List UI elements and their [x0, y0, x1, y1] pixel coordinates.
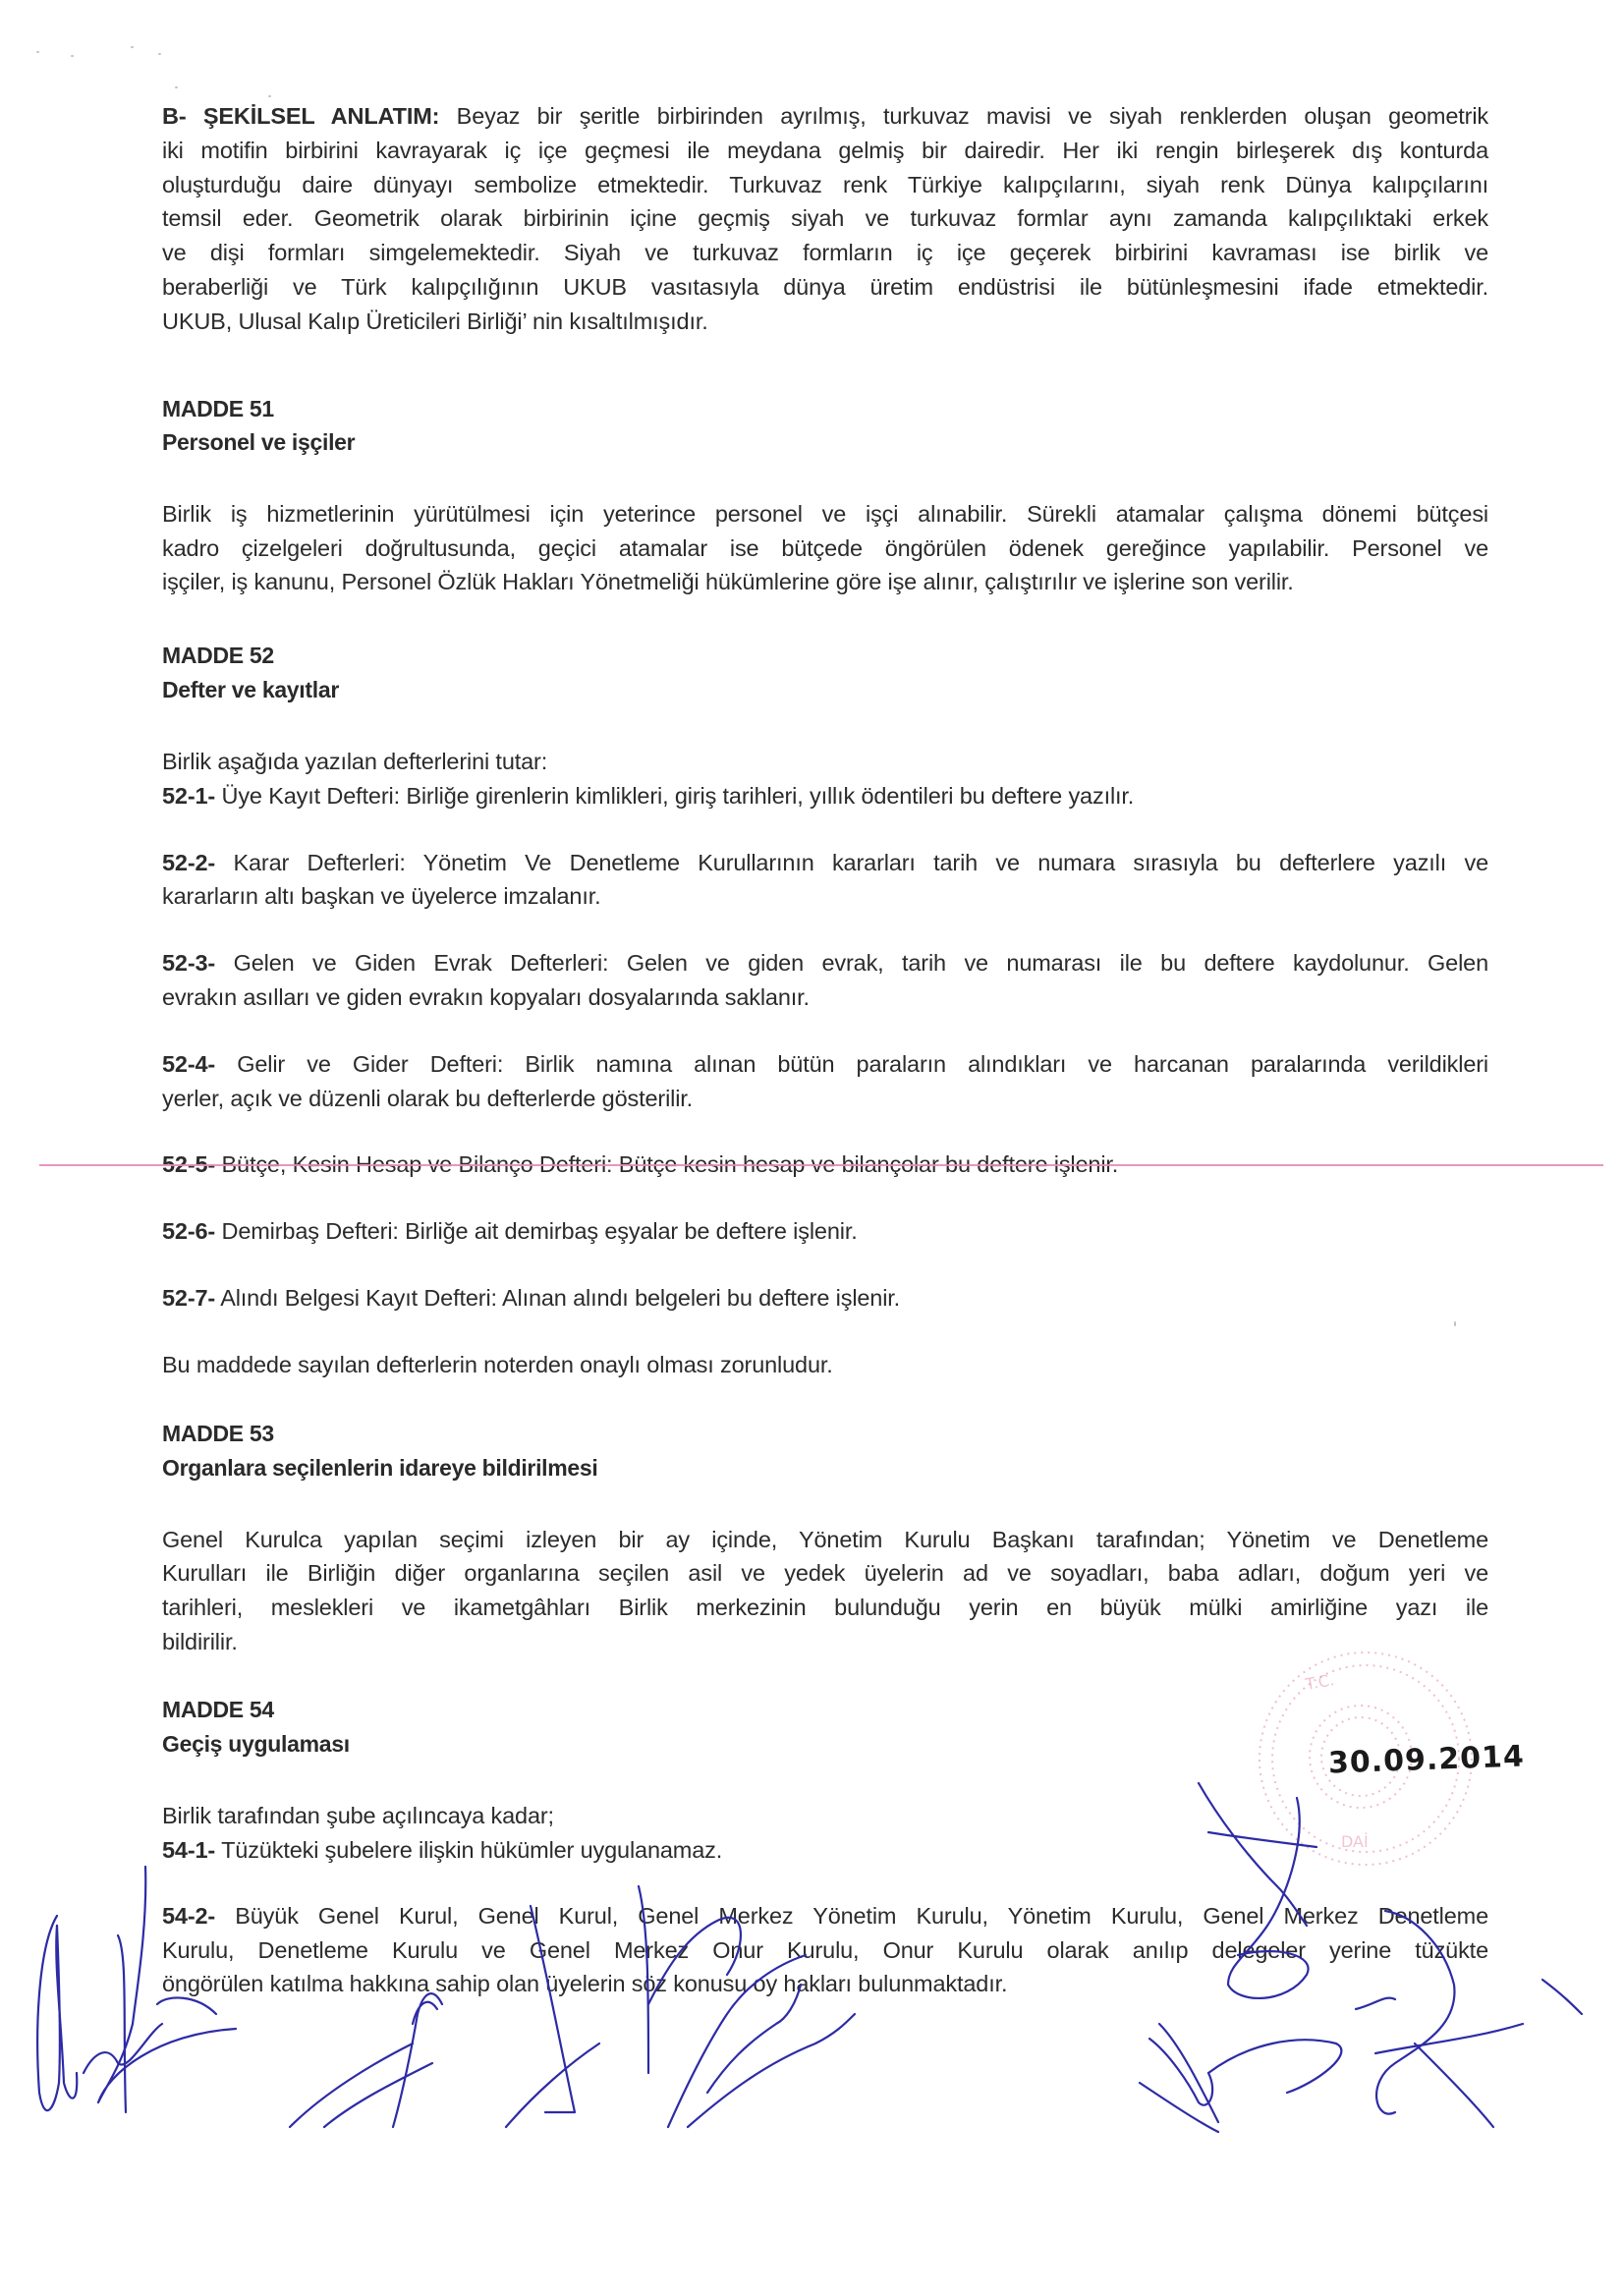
signature-icon [639, 1886, 855, 2127]
document-page: B- ŞEKİLSEL ANLATIM: Beyaz bir şeritle b… [0, 0, 1624, 2296]
signature-icon [1140, 1783, 1341, 2132]
signatures [0, 0, 1624, 2296]
signature-icon [37, 1867, 236, 2112]
signature-icon [290, 1993, 442, 2127]
signature-icon [506, 1906, 599, 2127]
signature-icon [1356, 1911, 1582, 2127]
